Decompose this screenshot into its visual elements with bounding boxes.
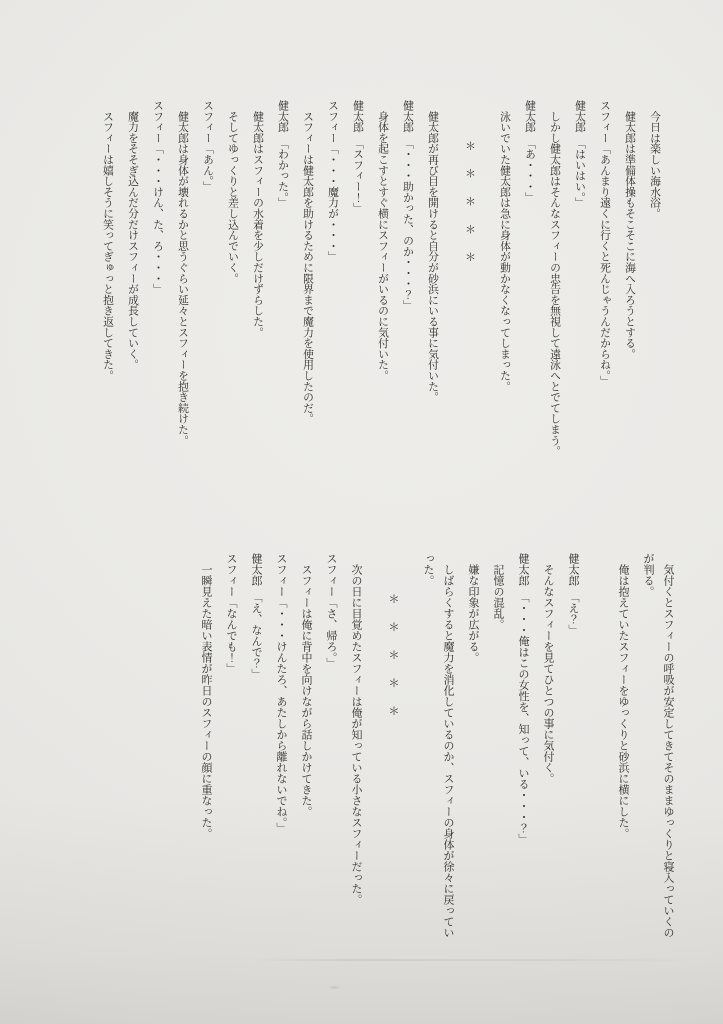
text-block-top: 今日は楽しい海水浴。 健太郎は準備体操もそこそこに海へ入ろうとする。スフィー「あ… (95, 100, 667, 462)
text-line: スフィー「・・・魔力が・・・」 (320, 100, 345, 462)
scan-artifact-streak (255, 959, 695, 961)
text-line: スフィー「なんでも！」 (218, 553, 243, 943)
text-block-bottom: 気付くとスフィーの呼吸が安定してきてそのままゆっくりと寝入っていくのが判る。 俺… (193, 553, 680, 943)
text-line: スフィーは健太郎を助けるために限界まで魔力を使用したのだ。 (295, 100, 320, 462)
text-line: 健太郎 「え？」 (560, 553, 585, 943)
text-line: しばらくすると魔力を消化しているのか、スフィーの身体が徐々に戻ってい (435, 553, 460, 943)
text-line: 健太郎はスフィーの水着を少しだけずらした。 (245, 100, 270, 462)
text-line: 今日は楽しい海水浴。 (642, 100, 667, 462)
text-line: 身体を起こすとすぐ横にスフィーがいるのに気付いた。 (370, 100, 395, 462)
text-line: スフィーは嬉しそうに笑ってぎゅっと抱き返してきた。 (95, 100, 120, 462)
text-line: 気付くとスフィーの呼吸が安定してきてそのままゆっくりと寝入っていくの (655, 553, 680, 943)
text-line: 次の日に目覚めたスフィーは俺が知っている小さなスフィーだった。 (343, 553, 368, 943)
text-line: 健太郎は準備体操もそこそこに海へ入ろうとする。 (617, 100, 642, 462)
text-line: そんなスフィーを見てひとつの事に気付く。 (535, 553, 560, 943)
text-line: 記憶の混乱。 (485, 553, 510, 943)
text-line: 健太郎 「はいはい。」 (567, 100, 592, 462)
text-line: 健太郎 「あ・・・」 (517, 100, 542, 462)
text-line: 一瞬見えた暗い表情が昨日のスフィーの顔に重なった。 (193, 553, 218, 943)
text-line: スフィー「・・・けん、た、ろ・・・」 (145, 100, 170, 462)
text-line: 健太郎 「・・・俺はこの女性を、知って、いる・・・？」 (510, 553, 535, 943)
text-line: 嫌な印象が広がる。 (460, 553, 485, 943)
text-line: 健太郎 「わかった。」 (270, 100, 295, 462)
scanned-novel-page: 今日は楽しい海水浴。 健太郎は準備体操もそこそこに海へ入ろうとする。スフィー「あ… (0, 0, 723, 1024)
text-line: 健太郎 「え、なんで？」 (243, 553, 268, 943)
text-line: 俺は抱えていたスフィーをゆっくりと砂浜に横にした。 (610, 553, 635, 943)
scan-artifact-speck (330, 986, 339, 989)
text-line: スフィー「・・・けんたろ、あたしから離れないでね。」 (268, 553, 293, 943)
text-line: スフィー「さ、帰ろ。」 (318, 553, 343, 943)
text-line: 健太郎 「・・・助かった、のか・・・？」 (395, 100, 420, 462)
text-line: そしてゆっくりと差し込んでいく。 (220, 100, 245, 462)
section-separator: ＊＊＊＊＊ (380, 553, 405, 943)
text-line: 健太郎 「スフィー！」 (345, 100, 370, 462)
text-line: 泳いでいた健太郎は急に身体が動かなくなってしまった。 (492, 100, 517, 462)
text-line: スフィー「あん。」 (195, 100, 220, 462)
text-line: しかし健太郎はそんなスフィーの忠告を無視して遠泳へとでてしまう。 (542, 100, 567, 462)
text-line: 健太郎が再び目を開けると自分が砂浜にいる事に気付いた。 (420, 100, 445, 462)
text-line: スフィーは俺に背中を向けながら話しかけてきた。 (293, 553, 318, 943)
text-line: 健太郎は身体が壊れるかと思うぐらい延々とスフィーを抱き続けた。 (170, 100, 195, 462)
section-separator: ＊＊＊＊＊ (457, 100, 482, 462)
text-line: 魔力をそそぎ込んだ分だけスフィーが成長していく。 (120, 100, 145, 462)
text-line: スフィー「あんまり遠くに行くと死んじゃうんだからね。」 (592, 100, 617, 462)
